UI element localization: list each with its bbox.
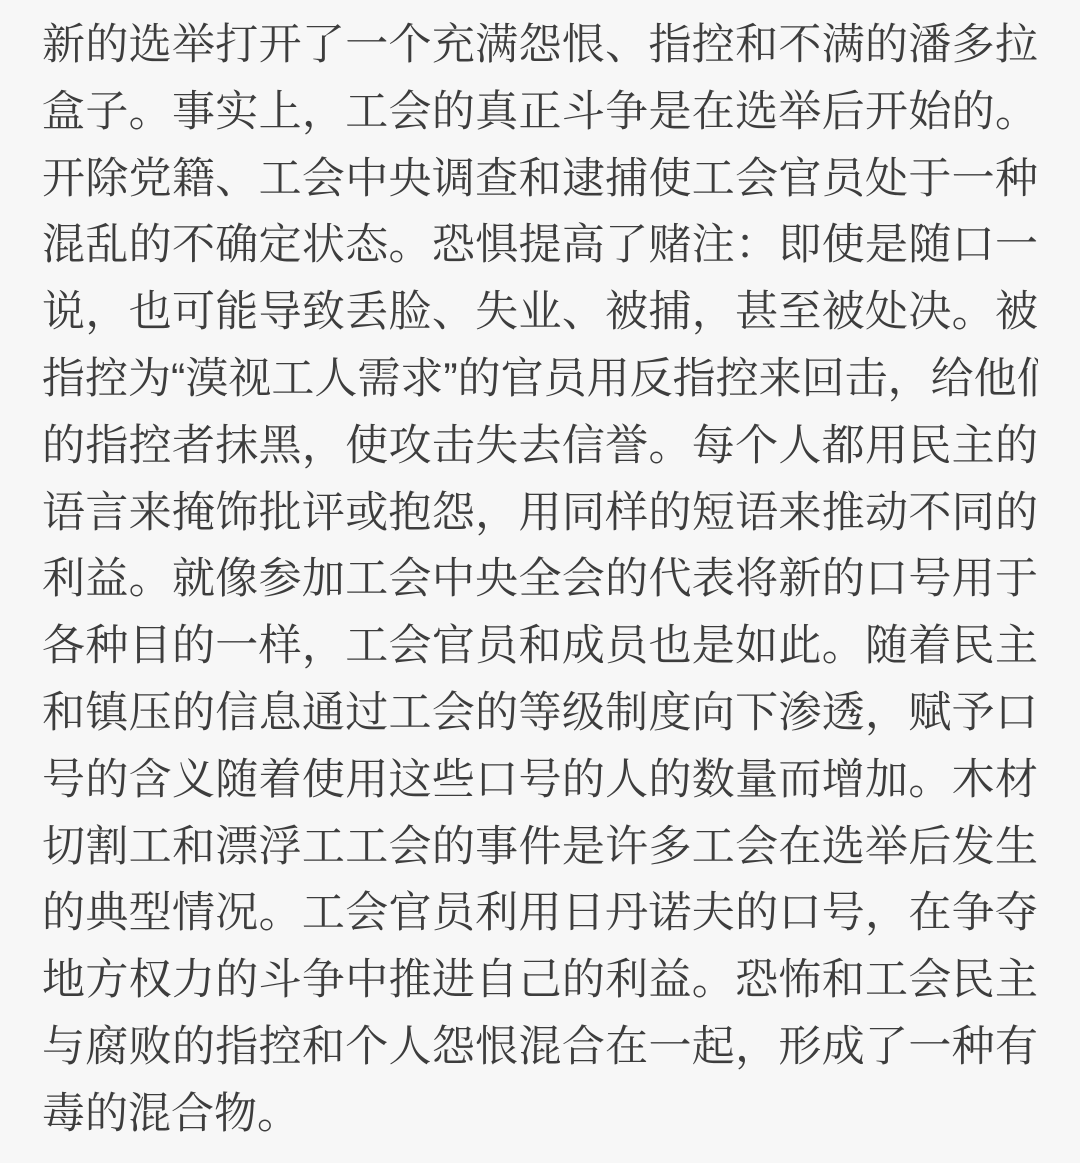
text-line: 毒的混合物。 [42,1081,1038,1148]
text-line: 混乱的不确定状态。恐惧提高了赌注：即使是随口一 [42,212,1038,279]
text-line: 和镇压的信息通过工会的等级制度向下渗透，赋予口 [42,680,1038,747]
text-line: 利益。就像参加工会中央全会的代表将新的口号用于 [42,546,1038,613]
text-line: 号的含义随着使用这些口号的人的数量而增加。木材 [42,747,1038,814]
text-line: 各种目的一样，工会官员和成员也是如此。随着民主 [42,613,1038,680]
text-line: 新的选举打开了一个充满怨恨、指控和不满的潘多拉 [42,12,1038,79]
text-line: 盒子。事实上，工会的真正斗争是在选举后开始的。 [42,79,1038,146]
document-page: 新的选举打开了一个充满怨恨、指控和不满的潘多拉 盒子。事实上，工会的真正斗争是在… [0,0,1080,1163]
text-line: 指控为“漠视工人需求”的官员用反指控来回击，给他们 [42,346,1038,413]
text-line: 说，也可能导致丢脸、失业、被捕，甚至被处决。被 [42,279,1038,346]
text-paragraph: 新的选举打开了一个充满怨恨、指控和不满的潘多拉 盒子。事实上，工会的真正斗争是在… [42,12,1038,1148]
text-line: 切割工和漂浮工工会的事件是许多工会在选举后发生 [42,814,1038,881]
text-line: 的指控者抹黑，使攻击失去信誉。每个人都用民主的 [42,413,1038,480]
text-line: 开除党籍、工会中央调查和逮捕使工会官员处于一种 [42,146,1038,213]
text-line: 地方权力的斗争中推进自己的利益。恐怖和工会民主 [42,947,1038,1014]
text-line: 的典型情况。工会官员利用日丹诺夫的口号，在争夺 [42,880,1038,947]
text-line: 与腐败的指控和个人怨恨混合在一起，形成了一种有 [42,1014,1038,1081]
text-line: 语言来掩饰批评或抱怨，用同样的短语来推动不同的 [42,480,1038,547]
